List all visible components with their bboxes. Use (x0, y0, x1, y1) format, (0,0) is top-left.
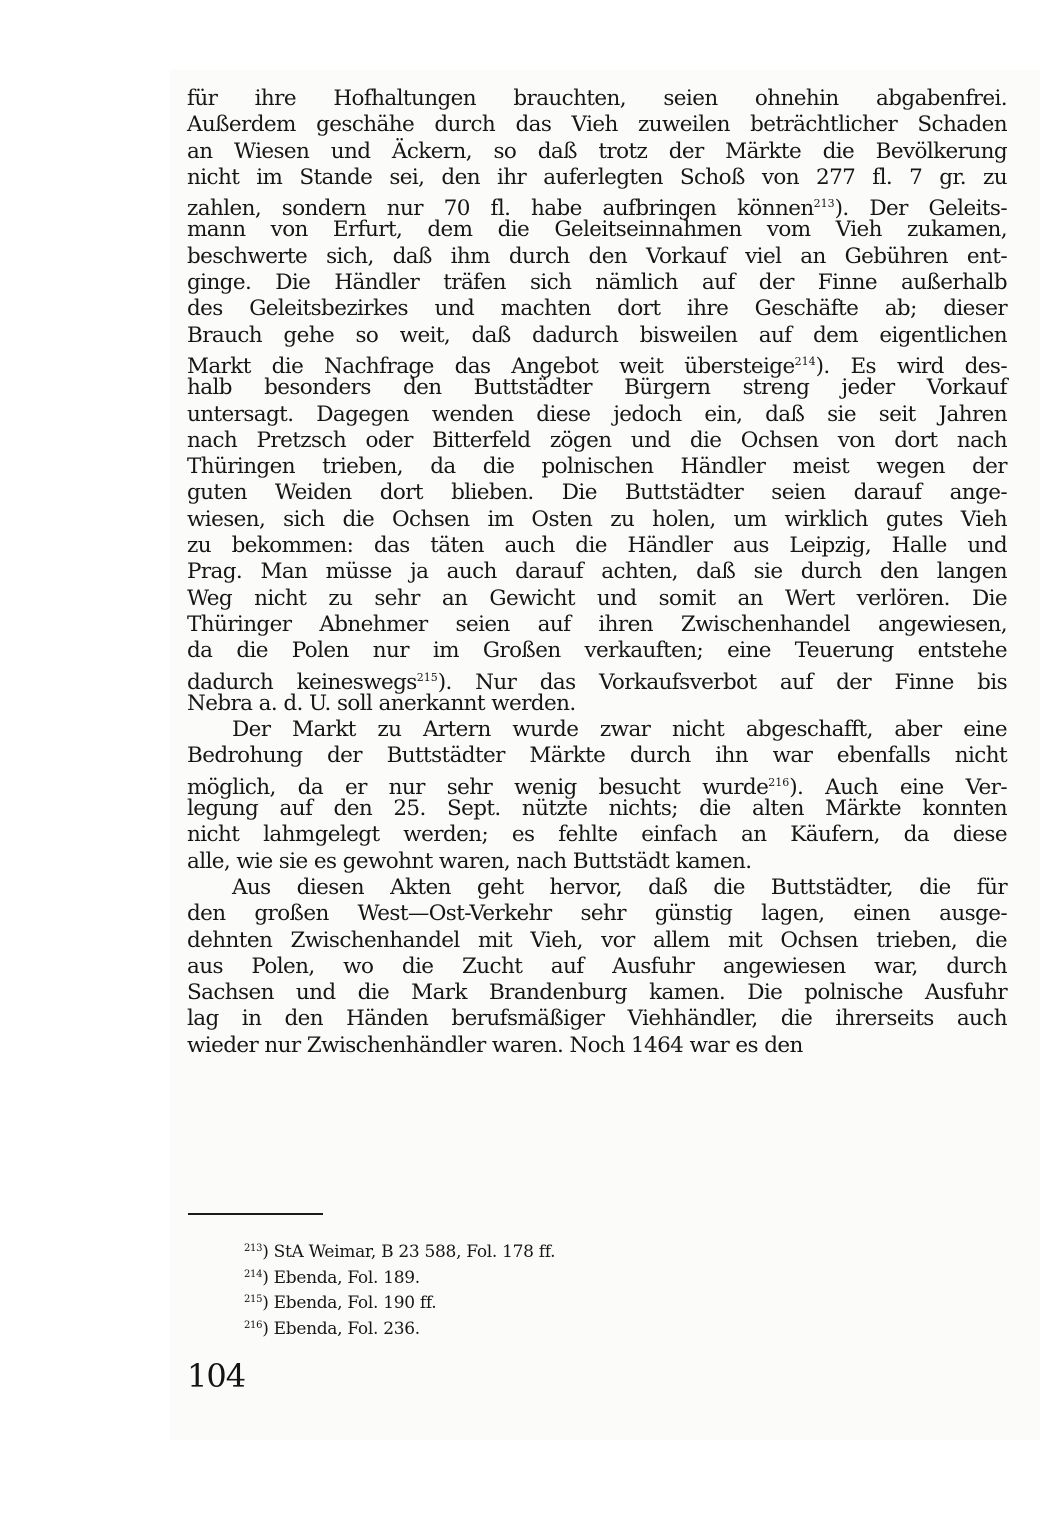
text-line: wiesen, sich die Ochsen im Osten zu hole… (187, 507, 1007, 533)
text-line: zahlen, sondern nur 70 fl. habe aufbring… (187, 191, 1007, 217)
footnote-number: 214 (244, 1269, 262, 1280)
text-line: ginge. Die Händler träfen sich nämlich a… (187, 270, 1007, 296)
text-line: lag in den Händen berufsmäßiger Viehhänd… (187, 1006, 1007, 1032)
text-line: nach Pretzsch oder Bitterfeld zögen und … (187, 428, 1007, 454)
text-line: zu bekommen: das täten auch die Händler … (187, 533, 1007, 559)
text-line: Thüringen trieben, da die polnischen Hän… (187, 454, 1007, 480)
text-line: des Geleitsbezirkes und machten dort ihr… (187, 296, 1007, 322)
footnote-number: 215 (244, 1294, 262, 1305)
footnote-214: 214) Ebenda, Fol. 189. (244, 1264, 555, 1290)
footnote-number: 216 (244, 1320, 262, 1331)
text-line: nicht im Stande sei, den ihr auferlegten… (187, 165, 1007, 191)
text-line: Der Markt zu Artern wurde zwar nicht abg… (187, 717, 1007, 743)
footnote-number: 213 (244, 1243, 262, 1254)
footnote-reference[interactable]: 216 (768, 776, 789, 789)
footnote-215: 215) Ebenda, Fol. 190 ff. (244, 1289, 555, 1315)
text-line: Markt die Nachfrage das Angebot weit übe… (187, 349, 1007, 375)
text-line: mann von Erfurt, dem die Geleitseinnahme… (187, 217, 1007, 243)
text-line: dadurch keineswegs215). Nur das Vorkaufs… (187, 665, 1007, 691)
text-line: dehnten Zwischenhandel mit Vieh, vor all… (187, 928, 1007, 954)
text-line: Bedrohung der Buttstädter Märkte durch i… (187, 743, 1007, 769)
text-line: legung auf den 25. Sept. nützte nichts; … (187, 796, 1007, 822)
text-line: da die Polen nur im Großen verkauften; e… (187, 638, 1007, 664)
paragraph: Der Markt zu Artern wurde zwar nicht abg… (187, 717, 1007, 875)
text-line: aus Polen, wo die Zucht auf Ausfuhr ange… (187, 954, 1007, 980)
text-line: Brauch gehe so weit, daß dadurch bisweil… (187, 323, 1007, 349)
footnote-reference[interactable]: 214 (795, 355, 816, 368)
text-line: den großen West—Ost-Verkehr sehr günstig… (187, 901, 1007, 927)
footnote-text: ) Ebenda, Fol. 236. (262, 1319, 420, 1339)
text-line: halb besonders den Buttstädter Bürgern s… (187, 375, 1007, 401)
footnote-text: ) StA Weimar, B 23 588, Fol. 178 ff. (262, 1242, 555, 1262)
paragraph: für ihre Hofhaltungen brauchten, seien o… (187, 86, 1007, 717)
text-line: an Wiesen und Äckern, so daß trotz der M… (187, 139, 1007, 165)
footnote-216: 216) Ebenda, Fol. 236. (244, 1315, 555, 1341)
body-text: für ihre Hofhaltungen brauchten, seien o… (187, 86, 1007, 1059)
text-line: für ihre Hofhaltungen brauchten, seien o… (187, 86, 1007, 112)
footnote-213: 213) StA Weimar, B 23 588, Fol. 178 ff. (244, 1238, 555, 1264)
footnote-text: ) Ebenda, Fol. 189. (262, 1268, 420, 1288)
footnotes: 213) StA Weimar, B 23 588, Fol. 178 ff.2… (244, 1238, 555, 1340)
footnote-reference[interactable]: 213 (814, 197, 835, 210)
text-line: guten Weiden dort blieben. Die Buttstädt… (187, 480, 1007, 506)
text-line: möglich, da er nur sehr wenig besucht wu… (187, 770, 1007, 796)
book-page: für ihre Hofhaltungen brauchten, seien o… (0, 0, 1063, 1535)
footnote-reference[interactable]: 215 (417, 671, 438, 684)
text-line: Thüringer Abnehmer seien auf ihren Zwisc… (187, 612, 1007, 638)
text-line: nicht lahmgelegt werden; es fehlte einfa… (187, 822, 1007, 848)
footnote-text: ) Ebenda, Fol. 190 ff. (262, 1293, 436, 1313)
text-line: Weg nicht zu sehr an Gewicht und somit a… (187, 586, 1007, 612)
text-line: wieder nur Zwischenhändler waren. Noch 1… (187, 1033, 1007, 1059)
text-line: alle, wie sie es gewohnt waren, nach But… (187, 849, 1007, 875)
text-line: Aus diesen Akten geht hervor, daß die Bu… (187, 875, 1007, 901)
text-line: Sachsen und die Mark Brandenburg kamen. … (187, 980, 1007, 1006)
text-line: Außerdem geschähe durch das Vieh zuweile… (187, 112, 1007, 138)
text-line: untersagt. Dagegen wenden diese jedoch e… (187, 402, 1007, 428)
paragraph: Aus diesen Akten geht hervor, daß die Bu… (187, 875, 1007, 1059)
text-line: Prag. Man müsse ja auch darauf achten, d… (187, 559, 1007, 585)
page-number: 104 (187, 1357, 245, 1395)
text-line: beschwerte sich, daß ihm durch den Vorka… (187, 244, 1007, 270)
footnote-separator-rule (188, 1213, 323, 1215)
